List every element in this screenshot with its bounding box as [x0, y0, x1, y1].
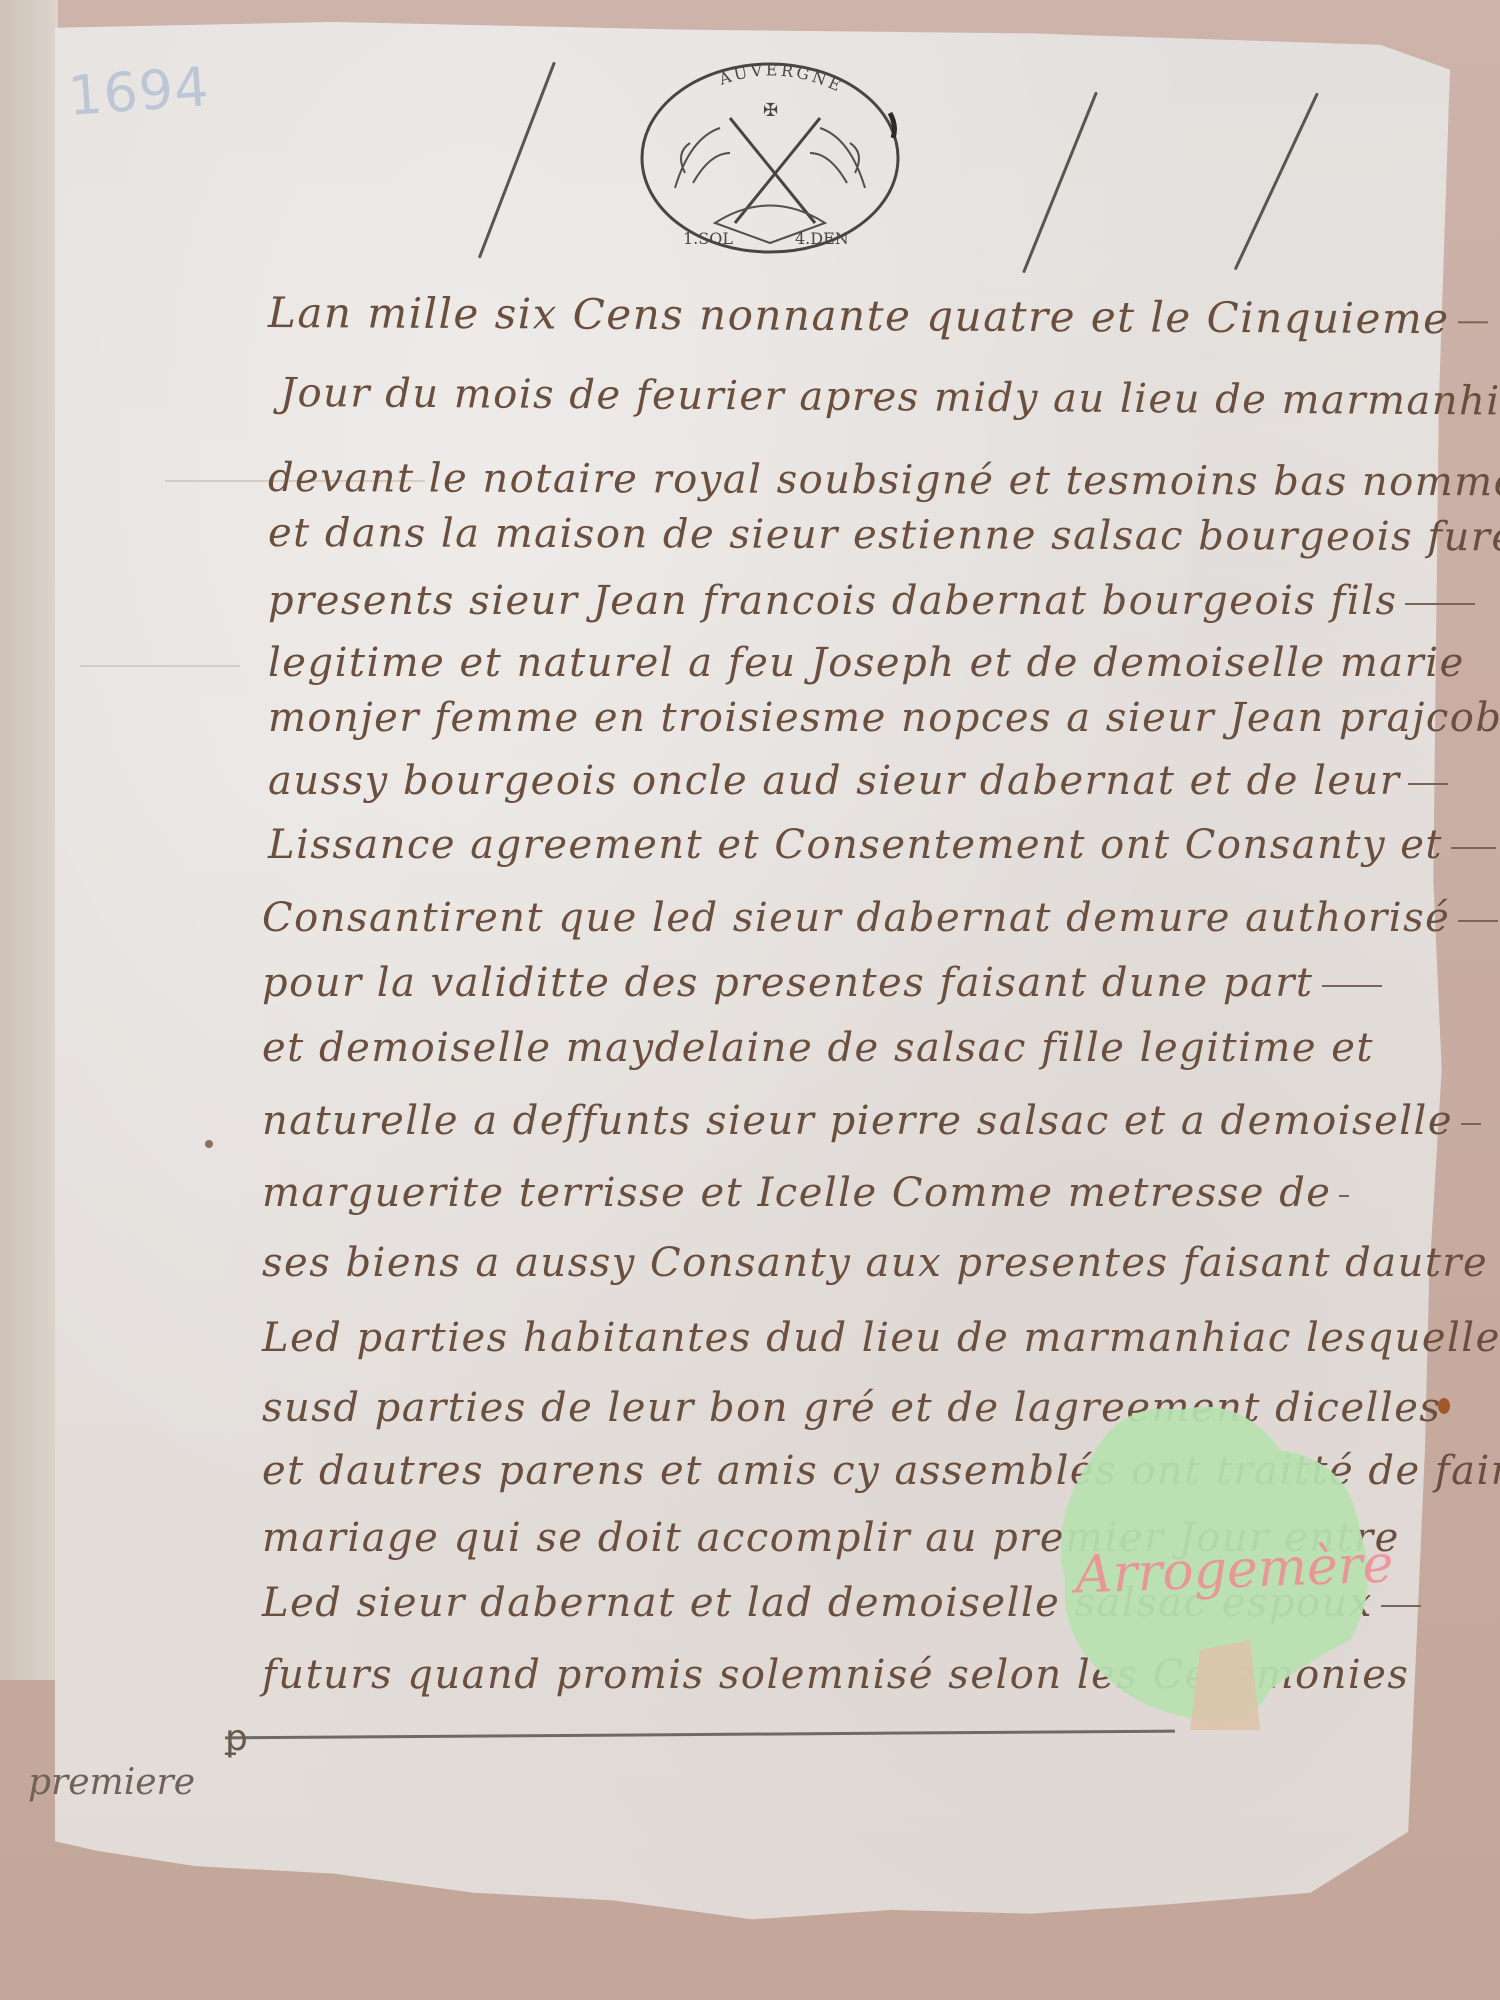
svg-text:1.SOL: 1.SOL: [683, 229, 733, 248]
svg-text:✠: ✠: [763, 100, 778, 121]
shelf-mark: 1694: [66, 55, 211, 128]
manuscript-line: presents sieur Jean francois dabernat bo…: [268, 578, 1475, 624]
rust-spot: [1438, 1398, 1450, 1414]
ink-dot: [205, 1140, 213, 1148]
manuscript-line: ses biens a aussy Consanty aux presentes…: [262, 1240, 1488, 1286]
manuscript-line: monjer femme en troisiesme nopces a sieu…: [268, 695, 1500, 741]
manuscript-line: marguerite terrisse et Icelle Comme metr…: [262, 1170, 1349, 1216]
margin-note: premiere: [28, 1762, 195, 1803]
manuscript-line: Led parties habitantes dud lieu de marma…: [262, 1315, 1500, 1361]
fold-line: [80, 665, 240, 667]
manuscript-line: aussy bourgeois oncle aud sieur dabernat…: [268, 758, 1448, 804]
manuscript-line: Consantirent que led sieur dabernat demu…: [262, 895, 1498, 941]
underlying-sheet-edge: [0, 0, 58, 1680]
manuscript-line: naturelle a deffunts sieur pierre salsac…: [262, 1098, 1481, 1144]
manuscript-line: legitime et naturel a feu Joseph et de d…: [268, 640, 1465, 686]
manuscript-line: pour la validitte des presentes faisant …: [262, 960, 1382, 1006]
watermark: Arrogemère: [1074, 1534, 1394, 1605]
seal-emblem-icon: AUVERGNE ✠ 1.SOL 4.DEN: [635, 58, 905, 258]
manuscript-line: Jour du mois de feurier apres midy au li…: [280, 370, 1500, 425]
manuscript-line: et demoiselle maydelaine de salsac fille…: [262, 1025, 1374, 1071]
tax-stamp-seal: AUVERGNE ✠ 1.SOL 4.DEN: [635, 58, 905, 258]
manuscript-line: Lissance agreement et Consentement ont C…: [268, 822, 1496, 868]
manuscript-line: devant le notaire royal soubsigné et tes…: [268, 455, 1500, 506]
paraph-mark: ꝑ: [225, 1718, 248, 1759]
manuscript-line: et dans la maison de sieur estienne sals…: [268, 510, 1500, 561]
svg-text:4.DEN: 4.DEN: [795, 229, 849, 248]
manuscript-line: Lan mille six Cens nonnante quatre et le…: [268, 288, 1488, 343]
